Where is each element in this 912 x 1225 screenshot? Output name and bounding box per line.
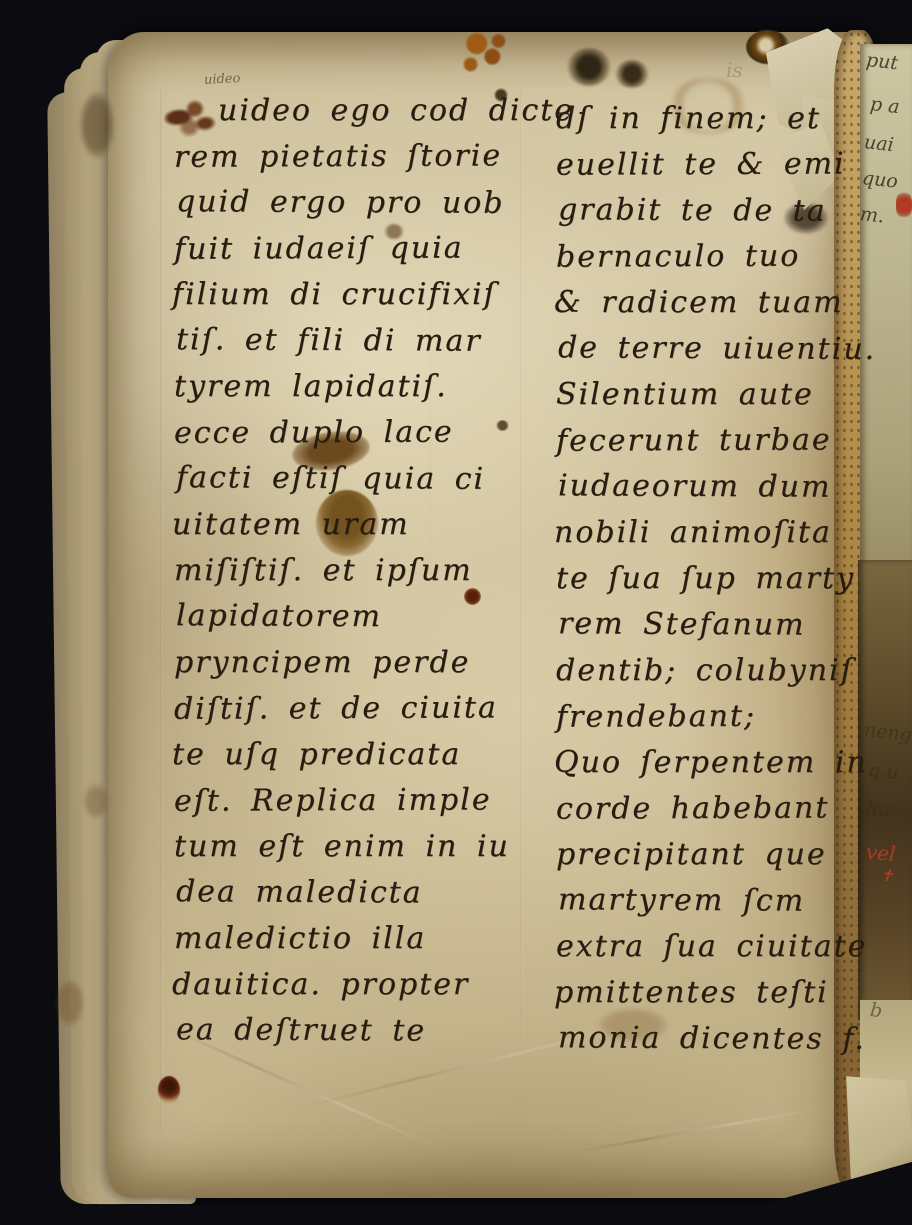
manuscript-line: grabit te de ta [558, 187, 858, 235]
text-column-right: dſ in finem; et euellit te & emi grabit … [556, 96, 856, 1062]
manuscript-line: uideo ego cod dicte [174, 88, 519, 134]
manuscript-line: tyrem lapidatiſ. [174, 364, 519, 410]
edge-smudge [56, 980, 84, 1026]
vertical-crease [160, 90, 163, 1130]
edge-smudge [80, 92, 114, 158]
manuscript-line: nobili animoſita [554, 510, 854, 556]
manuscript-line: facti eſtiſ quia ci [176, 455, 521, 503]
edge-smudge [84, 784, 108, 818]
show-through-mark: is [726, 58, 743, 82]
manuscript-line: iudaeorum dum [558, 463, 858, 511]
rust-stain [452, 28, 514, 80]
manuscript-line: dea maledicta [176, 869, 521, 917]
manuscript-line: dauitica. propter [172, 962, 517, 1008]
manuscript-photo: put p a uai quo m. neng q u hu vel ✝ b u… [0, 0, 912, 1225]
manuscript-line: bernaculo tuo [556, 233, 856, 280]
manuscript-line: fuit iudaeiſ quia [174, 225, 519, 273]
manuscript-line: uitatem uram [172, 502, 517, 548]
manuscript-line: quid ergo pro uob [176, 179, 521, 227]
manuscript-line: Quo ſerpentem in [554, 740, 854, 786]
manuscript-line: rem pietatis ſtorie [174, 133, 519, 181]
ink-blot [614, 60, 650, 88]
manuscript-line: euellit te & emi [556, 141, 856, 188]
text-column-left: uideo ego cod dicte rem pietatis ſtorie … [174, 88, 519, 1054]
manuscript-line: ea deſtruet te [176, 1007, 521, 1055]
ink-blot [566, 48, 612, 86]
manuscript-line: miſiſtiſ. et ipſum [174, 548, 519, 594]
manuscript-line: rem Stefanum [558, 601, 858, 649]
manuscript-line: maledictio illa [174, 916, 519, 962]
fragment-rubric: vel [865, 840, 912, 869]
red-initial-fragment [896, 192, 912, 218]
manuscript-line: dſ in finem; et [556, 96, 856, 142]
manuscript-line: de terre uiuentiu. [558, 325, 858, 373]
manuscript-line: fecerunt turbae [556, 417, 856, 464]
manuscript-line: te ſua ſup marty [556, 556, 856, 602]
manuscript-line: pmittentes teſti [554, 970, 854, 1016]
manuscript-line: lapidatorem [176, 593, 521, 641]
manuscript-line: martyrem ſcm [558, 877, 858, 925]
manuscript-line: dentib; colubyniſ [556, 648, 856, 694]
red-blot [158, 1076, 180, 1104]
marginal-annotation: uideo [204, 71, 241, 88]
manuscript-line: frendebant; [556, 693, 856, 740]
manuscript-line: Silentium aute [556, 372, 856, 418]
manuscript-line: te uſq predicata [172, 732, 517, 778]
manuscript-line: diſtiſ. et de ciuita [174, 685, 519, 733]
manuscript-line: tum eſt enim in iu [174, 824, 519, 870]
manuscript-line: & radicem tuam [554, 280, 854, 326]
manuscript-line: monia dicentes f. [558, 1015, 858, 1063]
manuscript-line: ecce duplo lace [174, 409, 519, 457]
manuscript-line: corde habebant [556, 785, 856, 832]
manuscript-line: precipitant que [556, 832, 856, 878]
manuscript-line: filium di crucifixiſ [172, 272, 517, 318]
manuscript-line: pryncipem perde [174, 640, 519, 686]
manuscript-line: extra ſua ciuitate [556, 924, 856, 970]
manuscript-line: tiſ. et fili di mar [176, 317, 521, 365]
manuscript-line: eſt. Replica imple [174, 777, 519, 825]
backdrop-bottom [0, 1206, 912, 1225]
